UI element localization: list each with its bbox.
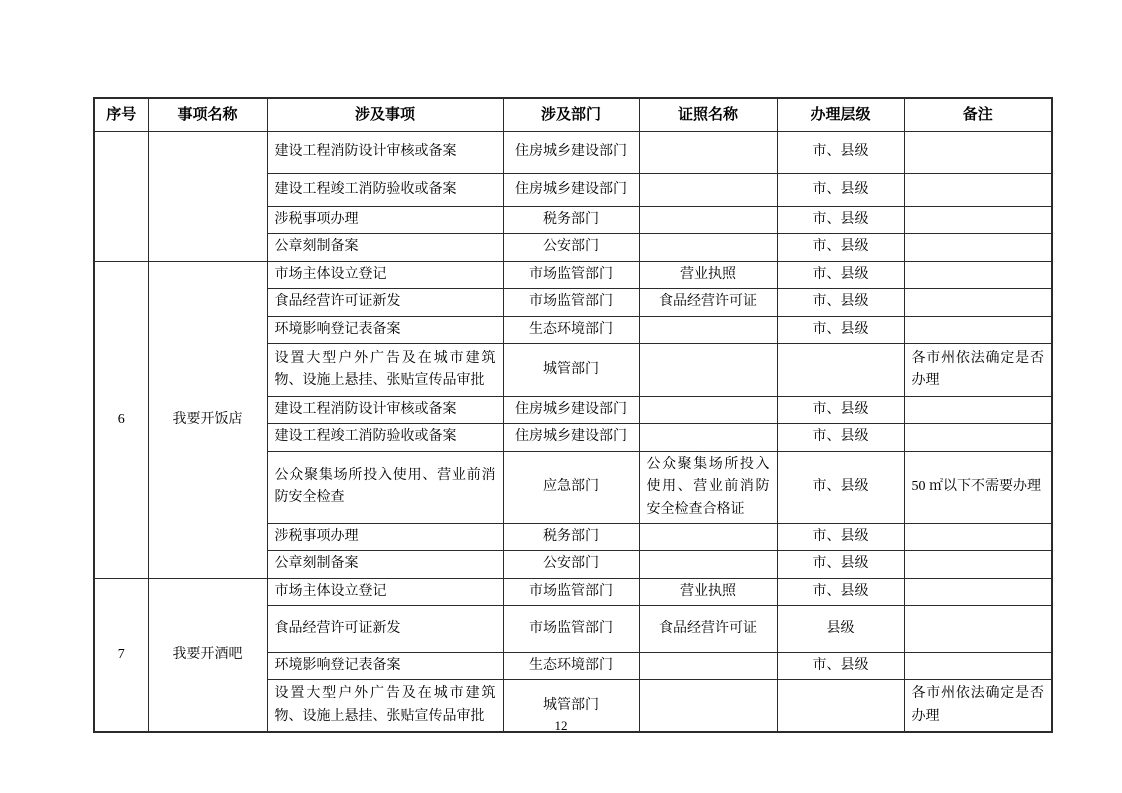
department-cell: 公安部门 (503, 234, 639, 261)
department-cell: 市场监管部门 (503, 261, 639, 288)
matter-cell: 食品经营许可证新发 (267, 606, 503, 653)
license-cell (639, 396, 777, 423)
remark-cell (904, 523, 1052, 550)
level-cell (777, 343, 904, 396)
header-remark: 备注 (904, 98, 1052, 132)
department-cell: 住房城乡建设部门 (503, 174, 639, 207)
item-name-cell (148, 132, 267, 262)
license-cell: 食品经营许可证 (639, 606, 777, 653)
seq-cell: 6 (94, 261, 148, 578)
matter-cell: 建设工程消防设计审核或备案 (267, 396, 503, 423)
header-item-name: 事项名称 (148, 98, 267, 132)
department-cell: 住房城乡建设部门 (503, 396, 639, 423)
items-table-container: 序号 事项名称 涉及事项 涉及部门 证照名称 办理层级 备注 建设工程消防设计审… (93, 97, 1053, 733)
remark-cell (904, 606, 1052, 653)
license-cell (639, 343, 777, 396)
level-cell: 市、县级 (777, 551, 904, 578)
level-cell: 市、县级 (777, 289, 904, 316)
remark-cell (904, 174, 1052, 207)
remark-cell (904, 132, 1052, 174)
remark-cell (904, 289, 1052, 316)
matter-cell: 公众聚集场所投入使用、营业前消防安全检查 (267, 451, 503, 523)
remark-cell (904, 396, 1052, 423)
level-cell: 市、县级 (777, 653, 904, 680)
remark-cell (904, 653, 1052, 680)
matter-cell: 食品经营许可证新发 (267, 289, 503, 316)
item-name-cell: 我要开饭店 (148, 261, 267, 578)
department-cell: 住房城乡建设部门 (503, 132, 639, 174)
matter-cell: 市场主体设立登记 (267, 261, 503, 288)
seq-cell (94, 132, 148, 262)
level-cell: 市、县级 (777, 261, 904, 288)
department-cell: 应急部门 (503, 451, 639, 523)
matter-cell: 公章刻制备案 (267, 551, 503, 578)
license-cell (639, 234, 777, 261)
table-body: 建设工程消防设计审核或备案住房城乡建设部门市、县级建设工程竣工消防验收或备案住房… (94, 132, 1052, 732)
matter-cell: 涉税事项办理 (267, 207, 503, 234)
remark-cell: 各市州依法确定是否办理 (904, 343, 1052, 396)
department-cell: 税务部门 (503, 207, 639, 234)
level-cell: 市、县级 (777, 523, 904, 550)
matter-cell: 建设工程消防设计审核或备案 (267, 132, 503, 174)
level-cell: 市、县级 (777, 132, 904, 174)
level-cell: 市、县级 (777, 316, 904, 343)
department-cell: 税务部门 (503, 523, 639, 550)
license-cell (639, 653, 777, 680)
matter-cell: 建设工程竣工消防验收或备案 (267, 174, 503, 207)
items-table: 序号 事项名称 涉及事项 涉及部门 证照名称 办理层级 备注 建设工程消防设计审… (93, 97, 1053, 733)
matter-cell: 市场主体设立登记 (267, 578, 503, 605)
department-cell: 城管部门 (503, 343, 639, 396)
seq-cell: 7 (94, 578, 148, 732)
matter-cell: 环境影响登记表备案 (267, 316, 503, 343)
level-cell: 市、县级 (777, 207, 904, 234)
matter-cell: 涉税事项办理 (267, 523, 503, 550)
department-cell: 市场监管部门 (503, 578, 639, 605)
remark-cell (904, 316, 1052, 343)
license-cell (639, 316, 777, 343)
license-cell (639, 207, 777, 234)
remark-cell (904, 207, 1052, 234)
table-row: 建设工程消防设计审核或备案住房城乡建设部门市、县级 (94, 132, 1052, 174)
remark-cell (904, 578, 1052, 605)
level-cell: 县级 (777, 606, 904, 653)
license-cell (639, 551, 777, 578)
level-cell: 市、县级 (777, 174, 904, 207)
table-row: 6我要开饭店市场主体设立登记市场监管部门营业执照市、县级 (94, 261, 1052, 288)
license-cell (639, 174, 777, 207)
license-cell (639, 523, 777, 550)
level-cell: 市、县级 (777, 396, 904, 423)
license-cell: 公众聚集场所投入使用、营业前消防安全检查合格证 (639, 451, 777, 523)
department-cell: 住房城乡建设部门 (503, 424, 639, 451)
level-cell: 市、县级 (777, 424, 904, 451)
matter-cell: 公章刻制备案 (267, 234, 503, 261)
item-name-cell: 我要开酒吧 (148, 578, 267, 732)
level-cell: 市、县级 (777, 578, 904, 605)
license-cell (639, 424, 777, 451)
remark-cell (904, 234, 1052, 261)
department-cell: 公安部门 (503, 551, 639, 578)
document-page: 序号 事项名称 涉及事项 涉及部门 证照名称 办理层级 备注 建设工程消防设计审… (0, 0, 1122, 793)
matter-cell: 环境影响登记表备案 (267, 653, 503, 680)
department-cell: 生态环境部门 (503, 316, 639, 343)
remark-cell (904, 261, 1052, 288)
license-cell: 营业执照 (639, 578, 777, 605)
matter-cell: 设置大型户外广告及在城市建筑物、设施上悬挂、张贴宣传品审批 (267, 343, 503, 396)
header-level: 办理层级 (777, 98, 904, 132)
page-number: 12 (0, 718, 1122, 734)
header-department: 涉及部门 (503, 98, 639, 132)
header-seq: 序号 (94, 98, 148, 132)
department-cell: 市场监管部门 (503, 606, 639, 653)
matter-cell: 建设工程竣工消防验收或备案 (267, 424, 503, 451)
department-cell: 市场监管部门 (503, 289, 639, 316)
level-cell: 市、县级 (777, 234, 904, 261)
remark-cell: 50 ㎡以下不需要办理 (904, 451, 1052, 523)
table-header-row: 序号 事项名称 涉及事项 涉及部门 证照名称 办理层级 备注 (94, 98, 1052, 132)
level-cell: 市、县级 (777, 451, 904, 523)
license-cell: 营业执照 (639, 261, 777, 288)
table-row: 7我要开酒吧市场主体设立登记市场监管部门营业执照市、县级 (94, 578, 1052, 605)
license-cell: 食品经营许可证 (639, 289, 777, 316)
department-cell: 生态环境部门 (503, 653, 639, 680)
remark-cell (904, 551, 1052, 578)
remark-cell (904, 424, 1052, 451)
header-matter: 涉及事项 (267, 98, 503, 132)
table-header: 序号 事项名称 涉及事项 涉及部门 证照名称 办理层级 备注 (94, 98, 1052, 132)
license-cell (639, 132, 777, 174)
header-license: 证照名称 (639, 98, 777, 132)
